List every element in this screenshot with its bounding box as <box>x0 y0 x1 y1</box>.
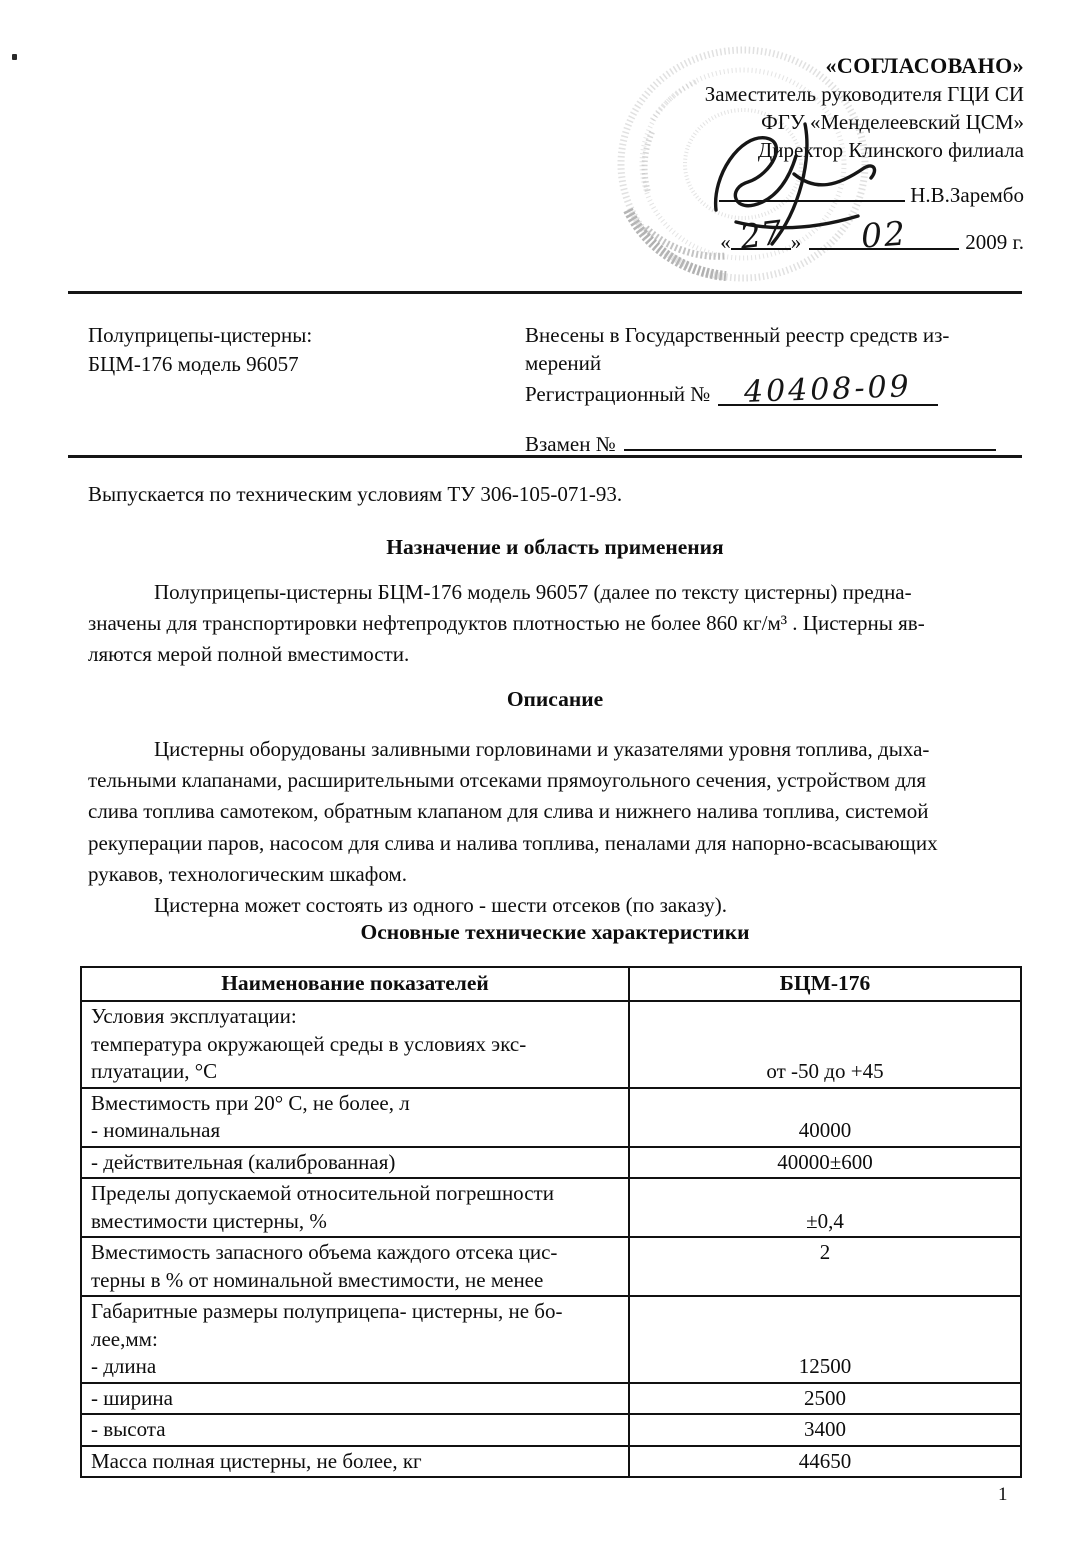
specs-table: Наименование показателей БЦМ-176 Условия… <box>80 966 1022 1478</box>
spec-name-cell: Вместимость запасного объема каждого отс… <box>81 1237 629 1296</box>
spec-col-header-name: Наименование показателей <box>81 967 629 1001</box>
spec-value-cell: 40000±600 <box>629 1147 1021 1179</box>
section-title-purpose: Назначение и область применения <box>88 535 1022 560</box>
spec-value-cell: ±0,4 <box>629 1178 1021 1237</box>
spec-name-cell: Вместимость при 20° С, не более, л - ном… <box>81 1088 629 1147</box>
spec-value-cell: 3400 <box>629 1414 1021 1446</box>
spec-name-cell: - ширина <box>81 1383 629 1415</box>
spec-value-cell: 2500 <box>629 1383 1021 1415</box>
technical-conditions-line: Выпускается по техническим условиям ТУ 3… <box>88 482 622 507</box>
horizontal-rule-bottom <box>68 455 1022 458</box>
table-row: Вместимость запасного объема каждого отс… <box>81 1237 1021 1296</box>
registry-block: Внесены в Государственный реестр средств… <box>525 321 1025 408</box>
spec-name-cell: Габаритные размеры полуприцепа- цистерны… <box>81 1296 629 1383</box>
description-paragraph-2: Цистерна может состоять из одного - шест… <box>88 890 1022 921</box>
scanned-document-page: «СОГЛАСОВАНО» Заместитель руководителя Г… <box>0 0 1086 1560</box>
replaces-blank-line <box>624 427 996 451</box>
date-year: 2009 г. <box>965 230 1024 254</box>
handwritten-registration-number: 40408-09 <box>744 378 912 402</box>
spec-col-header-model: БЦМ-176 <box>629 967 1021 1001</box>
product-designation-block: Полуприцепы-цистерны: БЦМ-176 модель 960… <box>88 321 312 379</box>
spec-value-cell: от -50 до +45 <box>629 1001 1021 1088</box>
registration-number-blank: 40408-09 <box>718 380 938 406</box>
specs-header-row: Наименование показателей БЦМ-176 <box>81 967 1021 1001</box>
spec-name-cell: - высота <box>81 1414 629 1446</box>
table-row: Масса полная цистерны, не более, кг 4465… <box>81 1446 1021 1478</box>
horizontal-rule-top <box>68 291 1022 294</box>
table-row: - действительная (калиброванная) 40000±6… <box>81 1147 1021 1179</box>
section-title-specs: Основные технические характеристики <box>88 920 1022 945</box>
description-paragraph-1: Цистерны оборудованы заливными горловина… <box>88 734 1022 890</box>
approval-title: «СОГЛАСОВАНО» <box>705 52 1024 80</box>
spec-name-cell: Масса полная цистерны, не более, кг <box>81 1446 629 1478</box>
approval-role-line-1: Заместитель руководителя ГЦИ СИ <box>705 80 1024 108</box>
product-line-1: Полуприцепы-цистерны: <box>88 321 312 350</box>
section-title-description: Описание <box>88 687 1022 712</box>
spec-value-cell: 12500 <box>629 1296 1021 1383</box>
signer-name: Н.В.Зарембо <box>910 183 1024 207</box>
page-number: 1 <box>998 1484 1008 1506</box>
purpose-paragraph: Полуприцепы-цистерны БЦМ-176 модель 9605… <box>88 577 1022 671</box>
product-line-2: БЦМ-176 модель 96057 <box>88 350 312 379</box>
spec-name-cell: Пределы допускаемой относительной погреш… <box>81 1178 629 1237</box>
replaces-row: Взамен № <box>525 427 996 457</box>
registration-number-label: Регистрационный № <box>525 382 710 406</box>
table-row: - ширина 2500 <box>81 1383 1021 1415</box>
spec-name-cell: Условия эксплуатации: температура окружа… <box>81 1001 629 1088</box>
scan-artifact-speck <box>12 54 17 60</box>
registration-number-row: Регистрационный №40408-09 <box>525 380 1025 408</box>
table-row: Условия эксплуатации: температура окружа… <box>81 1001 1021 1088</box>
table-row: Габаритные размеры полуприцепа- цистерны… <box>81 1296 1021 1383</box>
signature-scrawl <box>678 118 903 250</box>
spec-value-cell: 44650 <box>629 1446 1021 1478</box>
registry-entry-text: Внесены в Государственный реестр средств… <box>525 321 1025 377</box>
table-row: - высота 3400 <box>81 1414 1021 1446</box>
spec-name-cell: - действительная (калиброванная) <box>81 1147 629 1179</box>
spec-value-cell: 2 <box>629 1237 1021 1296</box>
table-row: Вместимость при 20° С, не более, л - ном… <box>81 1088 1021 1147</box>
replaces-label: Взамен № <box>525 432 616 456</box>
spec-value-cell: 40000 <box>629 1088 1021 1147</box>
description-block: Цистерны оборудованы заливными горловина… <box>88 734 1022 921</box>
table-row: Пределы допускаемой относительной погреш… <box>81 1178 1021 1237</box>
